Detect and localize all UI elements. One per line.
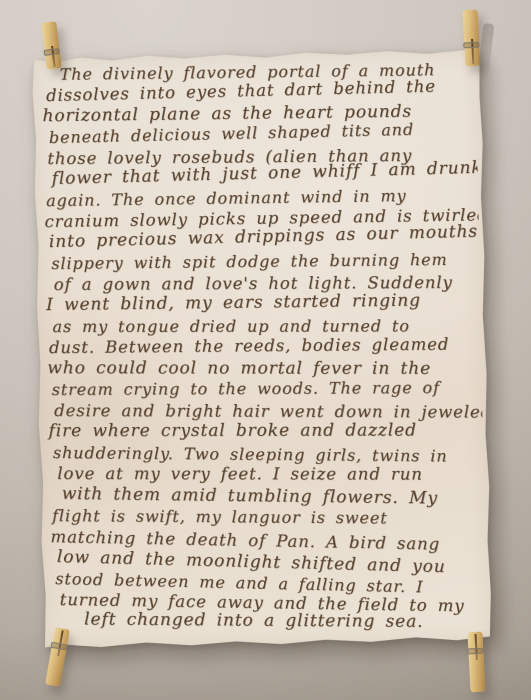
clothespin-bottom-right <box>467 632 485 693</box>
clothespin-spring <box>50 642 67 651</box>
handwriting-line: dust. Between the reeds, bodies gleamed <box>49 333 481 358</box>
clothespin-spring <box>43 48 60 56</box>
photo-of-handwritten-poem: { "photo": { "wall": { "color": "#cdc6be… <box>0 0 531 700</box>
handwritten-text: The divinely flavored portal of a mouthd… <box>39 56 486 643</box>
handwriting-line: desire and bright hair went down in jewe… <box>54 400 482 422</box>
handwriting-line: I went blind, my ears started ringing <box>46 290 480 316</box>
paper-sheet: The divinely flavored portal of a mouthd… <box>31 49 492 650</box>
clothespin-spring <box>463 42 479 49</box>
clothespin-shadow <box>475 23 495 96</box>
clothespin-top-right <box>463 10 481 67</box>
handwriting-line: flight is swift, my languor is sweet <box>52 505 484 529</box>
handwriting-line: love at my very feet. I seize and run <box>57 463 483 485</box>
handwriting-line: stream crying to the woods. The rage of <box>52 377 482 400</box>
handwriting-line: slippery with spit dodge the burning hem <box>51 249 479 274</box>
handwriting-line: fire where crystal broke and dazzled <box>49 420 483 442</box>
handwriting-line: left changed into a glittering sea. <box>84 609 486 633</box>
clothespin-spring <box>467 647 483 654</box>
